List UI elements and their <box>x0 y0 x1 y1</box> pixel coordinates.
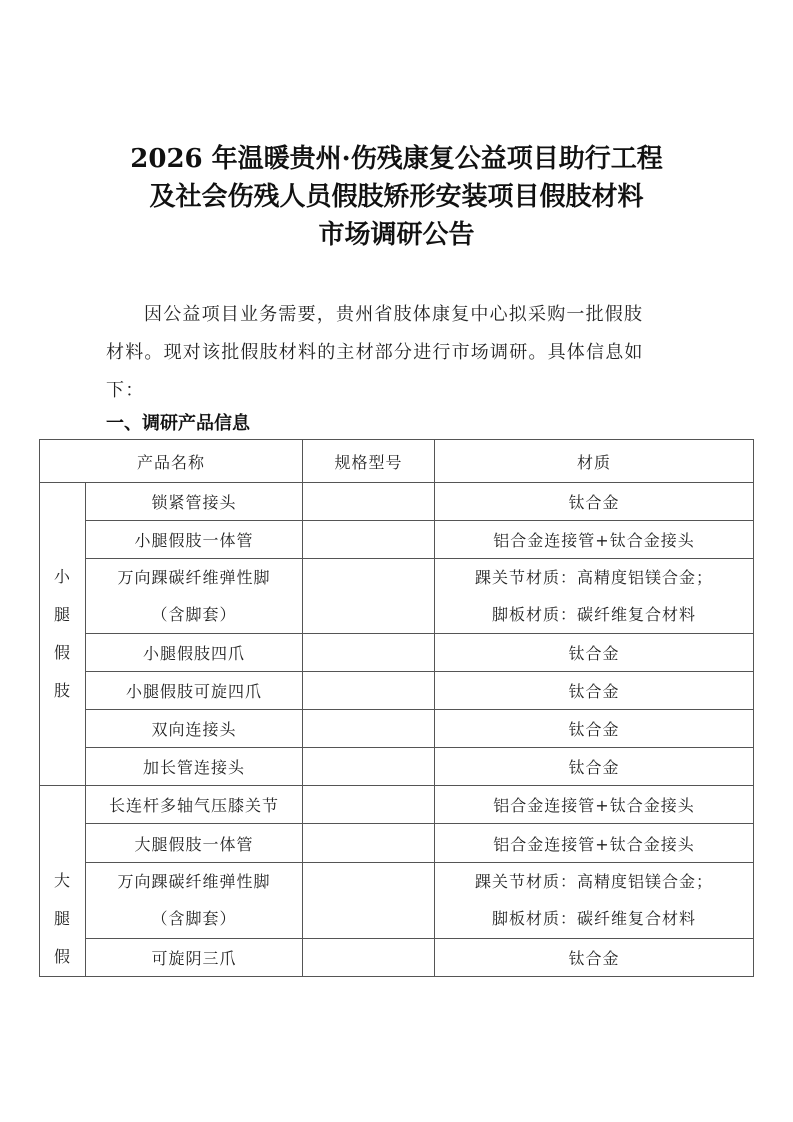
spec-cell <box>303 710 435 748</box>
material-cell: 钛合金 <box>435 938 754 976</box>
spec-cell <box>303 786 435 824</box>
product-name-cell: 小腿假肢一体管 <box>86 521 303 559</box>
group-label-lower-leg: 小 腿 假 肢 <box>40 483 86 786</box>
spec-cell <box>303 634 435 672</box>
material-cell: 钛合金 <box>435 672 754 710</box>
header-product-name: 产品名称 <box>40 440 303 483</box>
table-row: 万向踝碳纤维弹性脚 （含脚套） 踝关节材质：高精度铝镁合金； 脚板材质：碳纤维复… <box>40 559 754 634</box>
intro-line-3: 下： <box>106 372 718 410</box>
intro-line-2: 材料。现对该批假肢材料的主材部分进行市场调研。具体信息如 <box>106 334 718 372</box>
header-spec-model: 规格型号 <box>303 440 435 483</box>
product-name-cell: 双向连接头 <box>86 710 303 748</box>
title-line-1: 2026 年温暖贵州·伤残康复公益项目助行工程 <box>0 140 793 178</box>
table-row: 大腿假肢一体管 铝合金连接管+钛合金接头 <box>40 824 754 862</box>
table-row: 万向踝碳纤维弹性脚 （含脚套） 踝关节材质：高精度铝镁合金； 脚板材质：碳纤维复… <box>40 862 754 938</box>
table-row: 小 腿 假 肢 锁紧管接头 钛合金 <box>40 483 754 521</box>
product-name-cell: 加长管连接头 <box>86 748 303 786</box>
table-row: 小腿假肢可旋四爪 钛合金 <box>40 672 754 710</box>
title-line-3: 市场调研公告 <box>0 216 793 254</box>
spec-cell <box>303 559 435 634</box>
material-cell: 钛合金 <box>435 483 754 521</box>
table-header-row: 产品名称 规格型号 材质 <box>40 440 754 483</box>
material-cell: 钛合金 <box>435 710 754 748</box>
table-row: 双向连接头 钛合金 <box>40 710 754 748</box>
section-heading: 一、调研产品信息 <box>106 409 250 435</box>
product-name-cell: 可旋阴三爪 <box>86 938 303 976</box>
material-cell: 铝合金连接管+钛合金接头 <box>435 786 754 824</box>
product-name-cell: 小腿假肢可旋四爪 <box>86 672 303 710</box>
title-line-2: 及社会伤残人员假肢矫形安装项目假肢材料 <box>0 178 793 216</box>
spec-cell <box>303 862 435 938</box>
product-info-table: 产品名称 规格型号 材质 小 腿 假 肢 锁紧管接头 钛合金 小腿假肢一体管 铝… <box>39 439 754 977</box>
spec-cell <box>303 483 435 521</box>
material-cell: 铝合金连接管+钛合金接头 <box>435 521 754 559</box>
table-row: 加长管连接头 钛合金 <box>40 748 754 786</box>
product-name-cell: 万向踝碳纤维弹性脚 （含脚套） <box>86 559 303 634</box>
intro-paragraph: 因公益项目业务需要，贵州省肢体康复中心拟采购一批假肢 材料。现对该批假肢材料的主… <box>106 296 718 410</box>
group-label-thigh: 大 腿 假 <box>40 786 86 977</box>
material-cell: 铝合金连接管+钛合金接头 <box>435 824 754 862</box>
spec-cell <box>303 824 435 862</box>
material-cell: 钛合金 <box>435 748 754 786</box>
table-row: 小腿假肢一体管 铝合金连接管+钛合金接头 <box>40 521 754 559</box>
spec-cell <box>303 748 435 786</box>
material-cell: 踝关节材质：高精度铝镁合金； 脚板材质：碳纤维复合材料 <box>435 559 754 634</box>
document-title: 2026 年温暖贵州·伤残康复公益项目助行工程 及社会伤残人员假肢矫形安装项目假… <box>0 140 793 254</box>
product-name-cell: 小腿假肢四爪 <box>86 634 303 672</box>
product-name-cell: 锁紧管接头 <box>86 483 303 521</box>
material-cell: 踝关节材质：高精度铝镁合金； 脚板材质：碳纤维复合材料 <box>435 862 754 938</box>
product-name-cell: 万向踝碳纤维弹性脚 （含脚套） <box>86 862 303 938</box>
material-cell: 钛合金 <box>435 634 754 672</box>
intro-line-1: 因公益项目业务需要，贵州省肢体康复中心拟采购一批假肢 <box>106 296 718 334</box>
table-row: 可旋阴三爪 钛合金 <box>40 938 754 976</box>
table-row: 大 腿 假 长连杆多轴气压膝关节 铝合金连接管+钛合金接头 <box>40 786 754 824</box>
header-material: 材质 <box>435 440 754 483</box>
spec-cell <box>303 672 435 710</box>
product-name-cell: 长连杆多轴气压膝关节 <box>86 786 303 824</box>
spec-cell <box>303 521 435 559</box>
table-row: 小腿假肢四爪 钛合金 <box>40 634 754 672</box>
product-name-cell: 大腿假肢一体管 <box>86 824 303 862</box>
spec-cell <box>303 938 435 976</box>
